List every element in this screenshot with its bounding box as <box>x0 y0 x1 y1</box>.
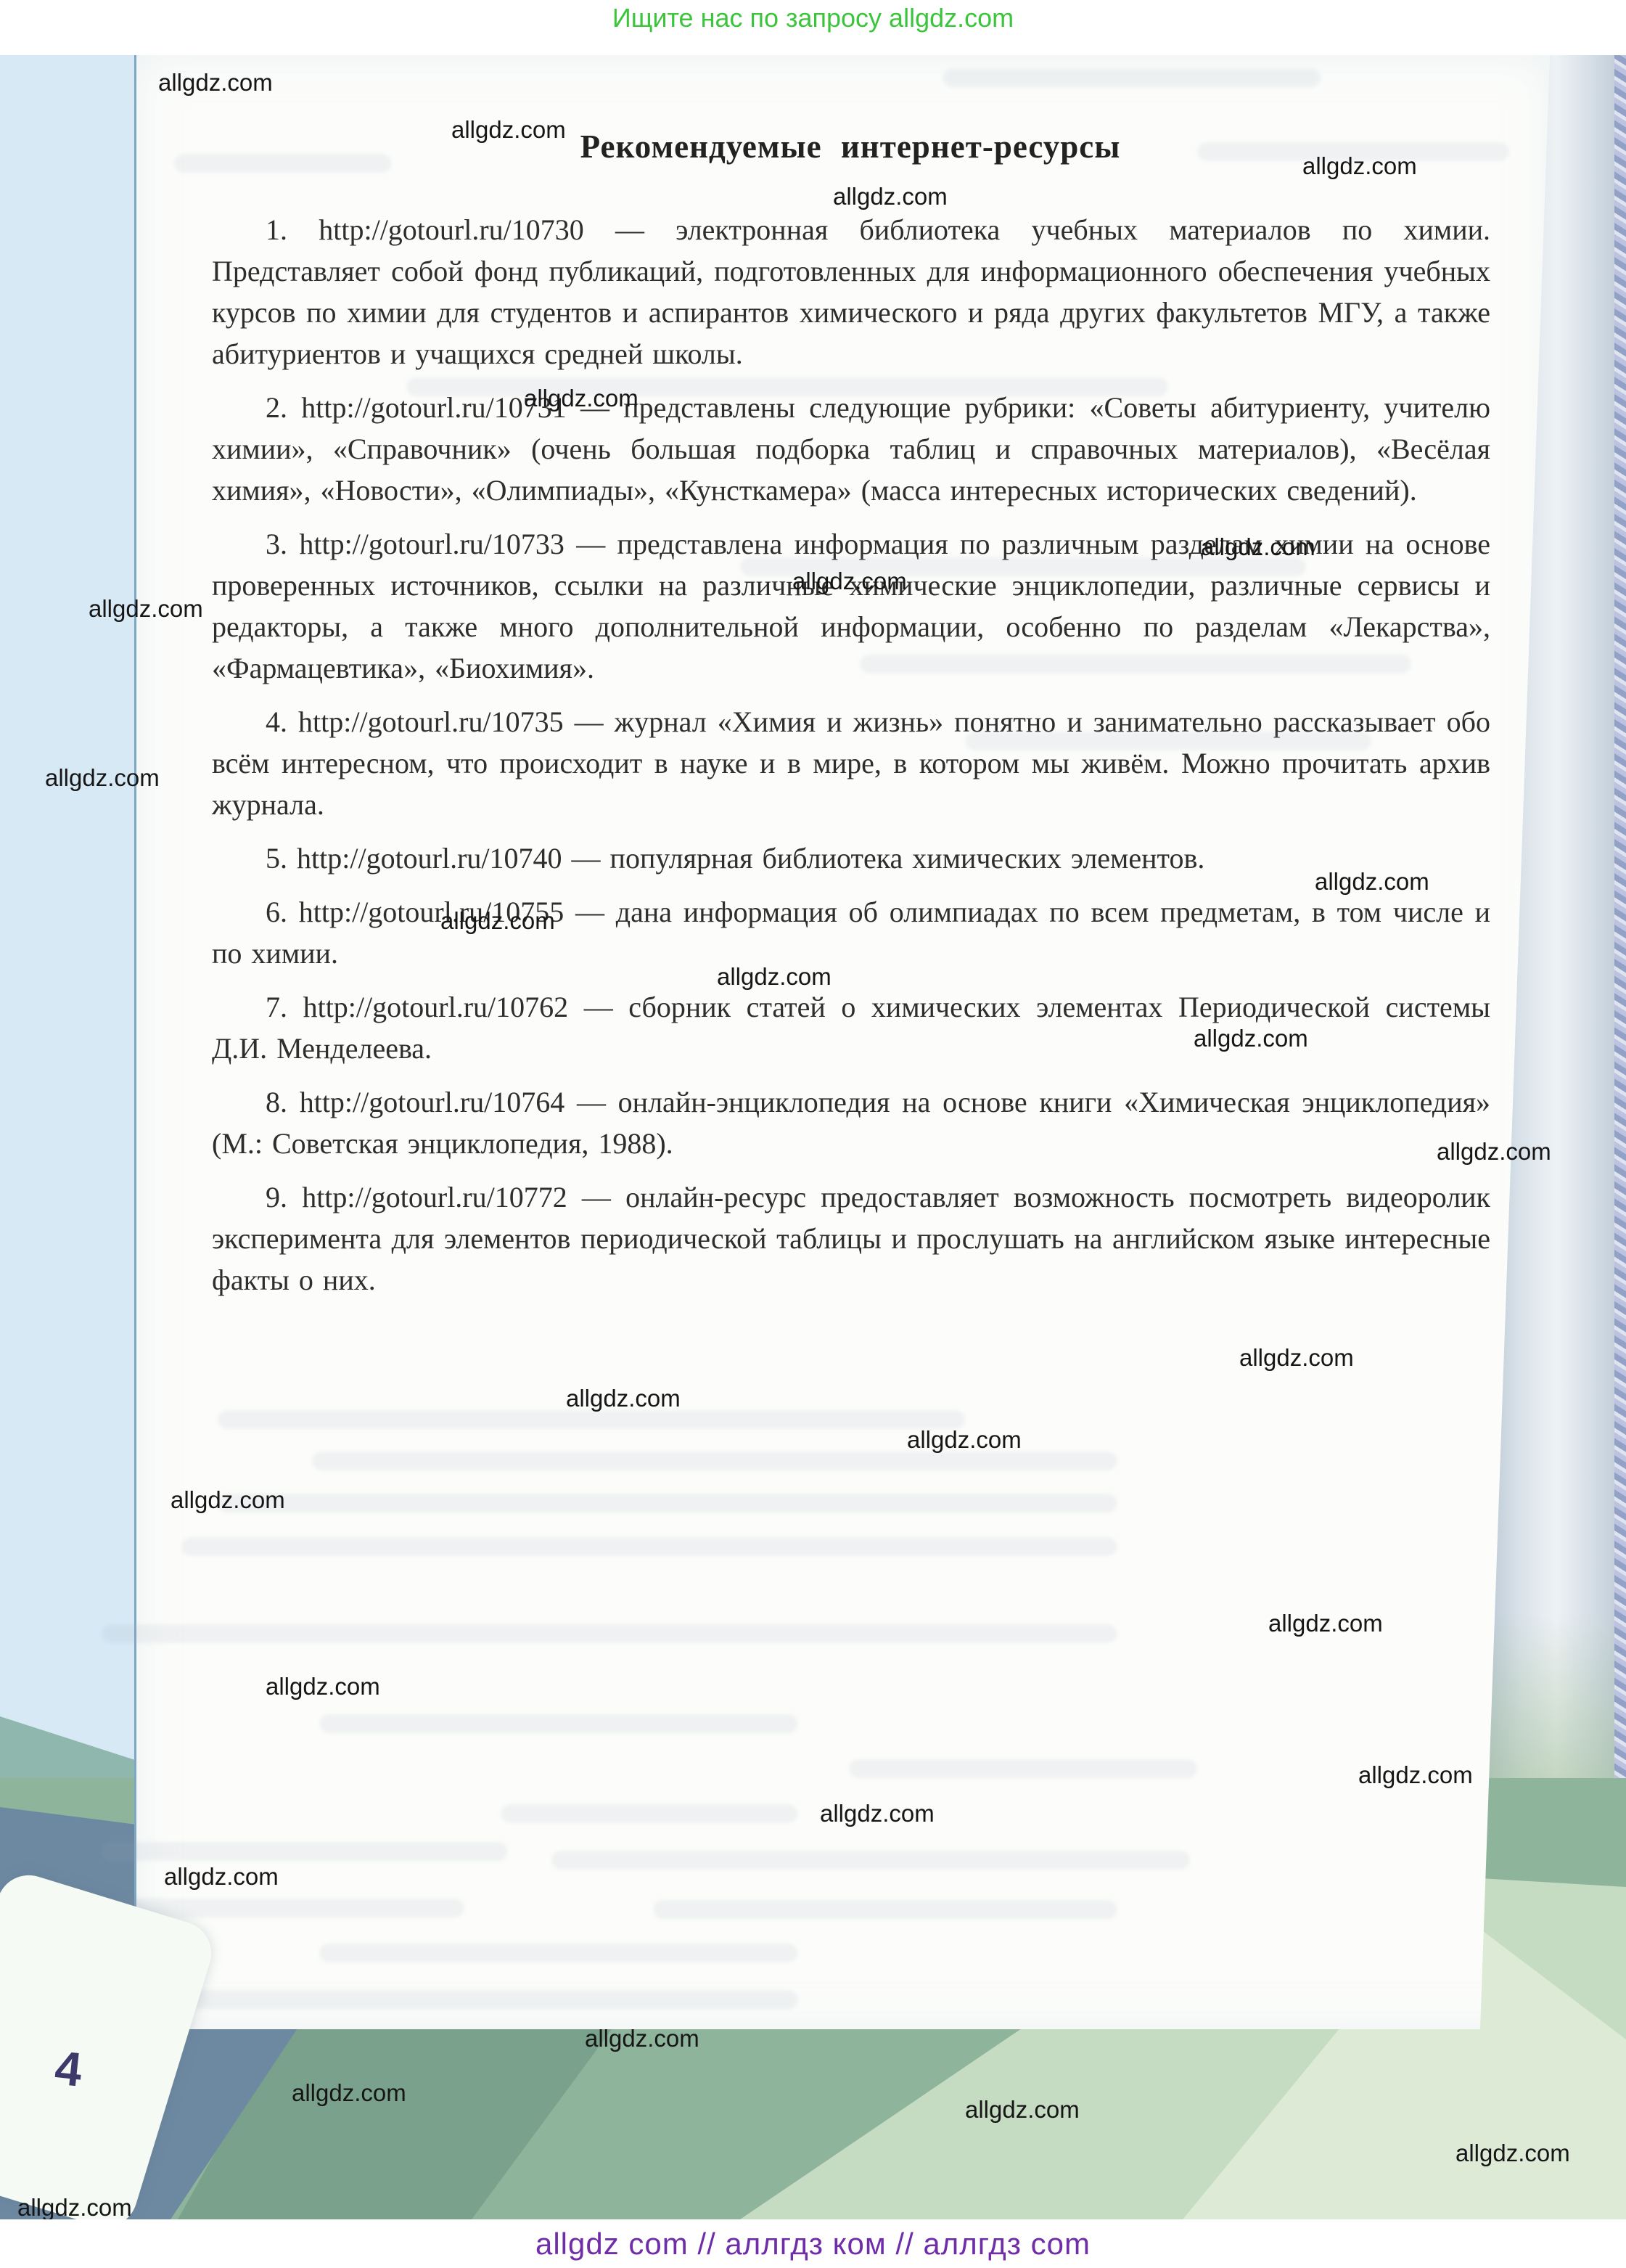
watermark-text: allgdz.com <box>164 1863 279 1891</box>
watermark-text: allgdz.com <box>1302 152 1417 180</box>
watermark-text: allgdz.com <box>171 1486 285 1514</box>
watermark-text: allgdz.com <box>292 2079 406 2107</box>
resource-item-6: 6. http://gotourl.ru/10755 — дана информ… <box>212 891 1490 974</box>
book-page: Рекомендуемые интернет-ресурсы 1. http:/… <box>134 55 1550 2029</box>
bleed-through-line <box>218 1494 1117 1512</box>
scanned-book-page: Ищите нас по запросу allgdz.com Рекоменд… <box>0 0 1626 2268</box>
resource-list: 1. http://gotourl.ru/10730 — электронная… <box>212 209 1490 1313</box>
bleed-through-line <box>849 1759 1197 1778</box>
bleed-through-line <box>653 1900 1117 1919</box>
watermark-text: allgdz.com <box>792 568 907 595</box>
bleed-through-line <box>319 1944 798 1962</box>
bleed-through-line <box>102 1990 798 2009</box>
resource-item-9: 9. http://gotourl.ru/10772 — онлайн-ресу… <box>212 1176 1490 1301</box>
page-number: 4 <box>52 2039 84 2097</box>
watermark-text: allgdz.com <box>17 2194 132 2222</box>
bleed-through-line <box>860 655 1411 674</box>
bleed-through-line <box>218 1410 965 1429</box>
resource-item-8: 8. http://gotourl.ru/10764 — онлайн-энци… <box>212 1081 1490 1164</box>
watermark-text: allgdz.com <box>1268 1610 1383 1637</box>
watermark-text: allgdz.com <box>1239 1344 1354 1372</box>
watermark-text: allgdz.com <box>585 2025 699 2052</box>
watermark-text: allgdz.com <box>907 1426 1022 1454</box>
bleed-through-line <box>551 1851 1190 1870</box>
watermark-text: allgdz.com <box>965 2096 1080 2124</box>
footer-strip: allgdz com // аллгдз ком // аллгдз com <box>0 2219 1626 2268</box>
watermark-text: allgdz.com <box>158 69 273 97</box>
resource-item-1: 1. http://gotourl.ru/10730 — электронная… <box>212 209 1490 374</box>
watermark-text: allgdz.com <box>45 764 160 792</box>
watermark-text: allgdz.com <box>1437 1138 1551 1166</box>
left-margin-strip <box>0 55 135 1862</box>
watermark-text: allgdz.com <box>1194 1025 1308 1052</box>
watermark-text: allgdz.com <box>524 385 639 412</box>
bleed-through-line <box>406 377 1168 396</box>
watermark-text: allgdz.com <box>266 1673 380 1700</box>
bleed-through-line <box>174 154 392 173</box>
resource-item-2: 2. http://gotourl.ru/10731 — представлен… <box>212 387 1490 511</box>
watermark-text: allgdz.com <box>833 183 948 210</box>
watermark-text: allgdz.com <box>451 116 566 144</box>
watermark-text: allgdz.com <box>566 1385 681 1412</box>
bleed-through-line <box>943 69 1321 88</box>
watermark-text: allgdz.com <box>820 1800 935 1827</box>
bleed-through-line <box>181 1537 1117 1556</box>
bleed-through-line <box>501 1804 798 1823</box>
bleed-through-line <box>312 1452 1117 1470</box>
watermark-text: allgdz.com <box>1315 868 1429 896</box>
watermark-text: allgdz.com <box>440 907 555 935</box>
bleed-through-line <box>102 1842 508 1861</box>
watermark-text: allgdz.com <box>1455 2140 1570 2167</box>
watermark-text: allgdz.com <box>89 595 203 623</box>
bleed-through-line <box>319 1714 798 1733</box>
watermark-text: allgdz.com <box>1358 1761 1473 1789</box>
resource-item-4: 4. http://gotourl.ru/10735 — журнал «Хим… <box>212 701 1490 825</box>
bleed-through-line <box>102 1624 1117 1643</box>
footer-text: allgdz com // аллгдз ком // аллгдз com <box>0 2227 1626 2261</box>
watermark-text: allgdz.com <box>1201 533 1315 561</box>
bleed-through-line <box>965 732 1371 750</box>
promo-header-text: Ищите нас по запросу allgdz.com <box>0 3 1626 33</box>
resource-item-5: 5. http://gotourl.ru/10740 — популярная … <box>212 838 1490 879</box>
watermark-text: allgdz.com <box>717 963 832 991</box>
